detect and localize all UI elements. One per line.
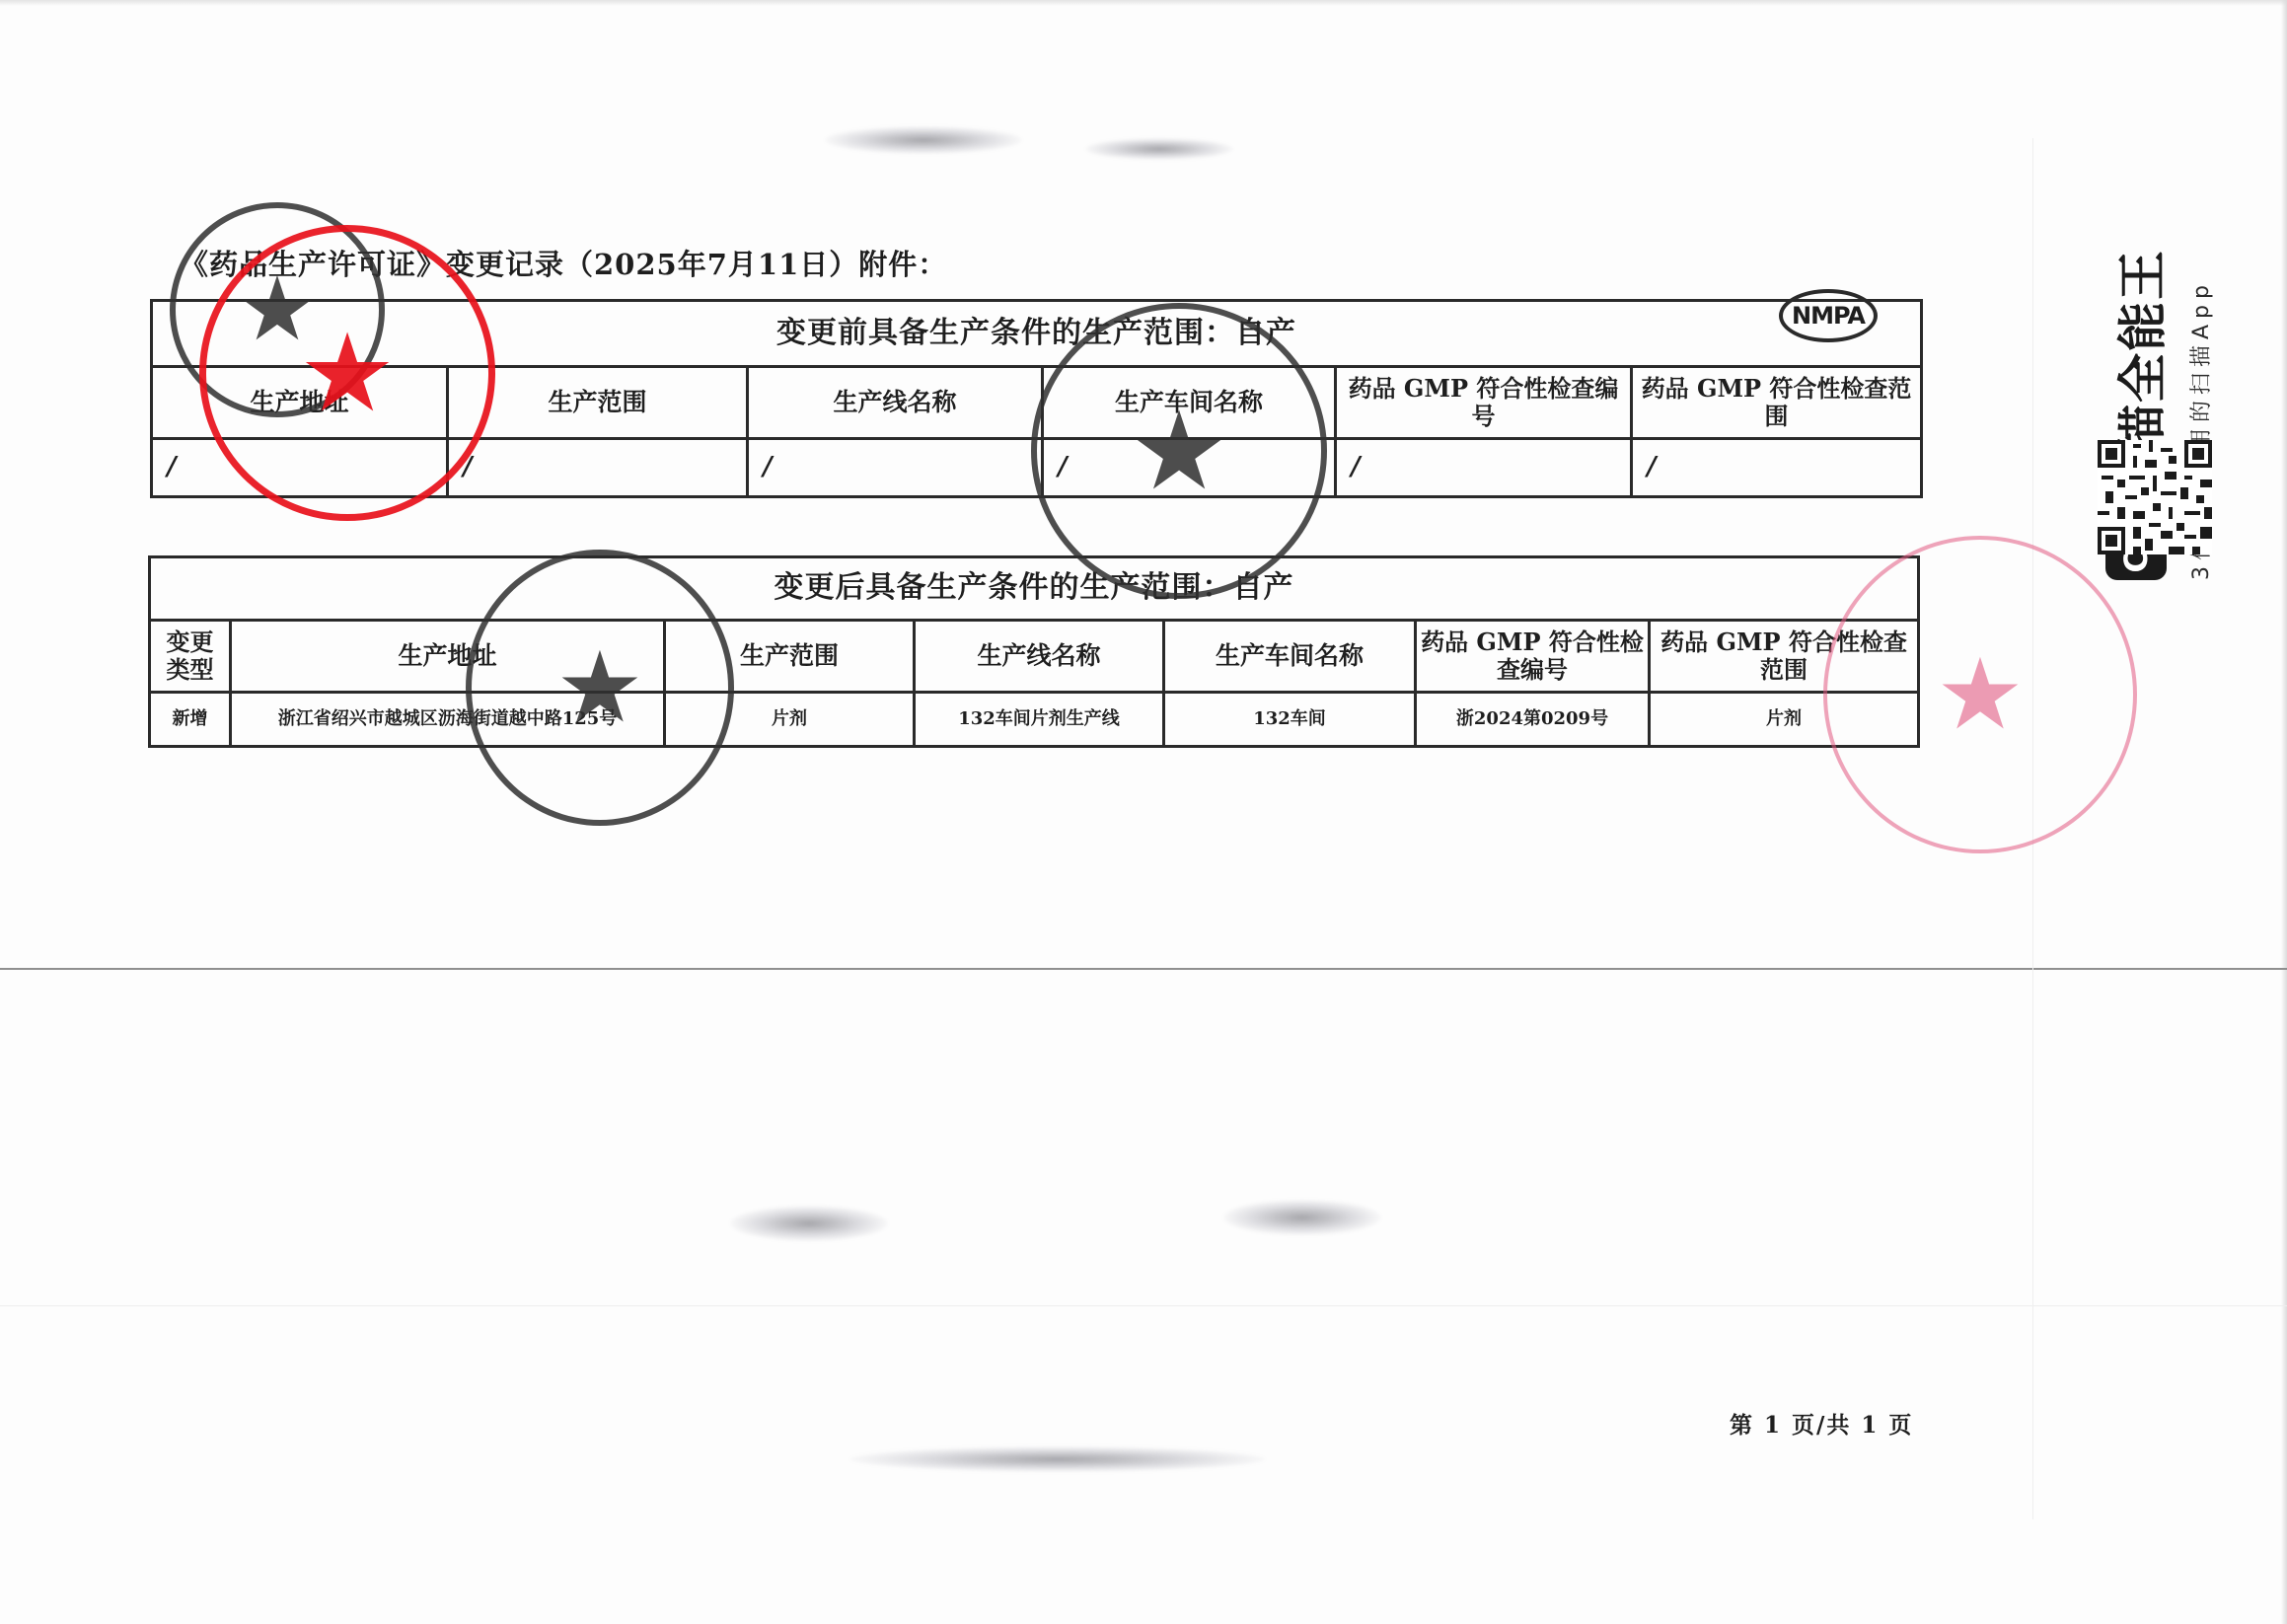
column-header: 药品 GMP 符合性检查编号	[1416, 621, 1650, 693]
seal-red: ★	[199, 225, 495, 521]
bleed-through-smudge	[730, 1206, 888, 1241]
table-cell-gmp-number: 浙2024第0209号	[1416, 693, 1650, 747]
table-header-row: 变更类型 生产地址 生产范围 生产线名称 生产车间名称 药品 GMP 符合性检查…	[150, 621, 1919, 693]
star-icon: ★	[555, 638, 644, 737]
table-row: 新增 浙江省绍兴市越城区沥海街道越中路125号 片剂 132车间片剂生产线 13…	[150, 693, 1919, 747]
table-cell: /	[748, 439, 1043, 497]
column-header: 生产线名称	[748, 367, 1043, 439]
star-icon: ★	[1936, 645, 2025, 744]
column-header: 变更类型	[150, 621, 231, 693]
table-after-change: 变更后具备生产条件的生产范围：自产 变更类型 生产地址 生产范围 生产线名称 生…	[148, 555, 1920, 748]
qr-code-icon	[2098, 440, 2212, 554]
column-header: 药品 GMP 符合性检查编号	[1336, 367, 1632, 439]
column-header: 药品 GMP 符合性检查范围	[1632, 367, 1922, 439]
table-cell: /	[448, 439, 748, 497]
bleed-through-smudge	[850, 1446, 1265, 1472]
table-cell: /	[1336, 439, 1632, 497]
fold-line-faint	[0, 1305, 2287, 1306]
star-icon: ★	[1131, 397, 1228, 505]
scan-edge-shadow-right	[2281, 0, 2287, 1624]
table-cell-line-name: 132车间片剂生产线	[915, 693, 1164, 747]
bleed-through-smudge	[825, 126, 1022, 154]
table-cell-change-type: 新增	[150, 693, 231, 747]
table-cell-workshop: 132车间	[1164, 693, 1416, 747]
bleed-through-smudge	[1085, 138, 1233, 160]
seal-pink: ★	[1823, 536, 2137, 853]
seal-company-mid: ★	[1031, 303, 1327, 599]
seal-company-bottom: ★	[466, 550, 734, 826]
bleed-through-smudge	[1223, 1200, 1381, 1235]
page-number: 第 1 页/共 1 页	[1730, 1407, 1913, 1439]
scan-edge-shadow	[0, 0, 2287, 6]
fold-line	[0, 968, 2287, 970]
table-cell: /	[1632, 439, 1922, 497]
column-header: 生产线名称	[915, 621, 1164, 693]
table-caption: 变更后具备生产条件的生产范围：自产	[150, 557, 1919, 621]
star-icon: ★	[299, 319, 397, 427]
column-header: 生产车间名称	[1164, 621, 1416, 693]
